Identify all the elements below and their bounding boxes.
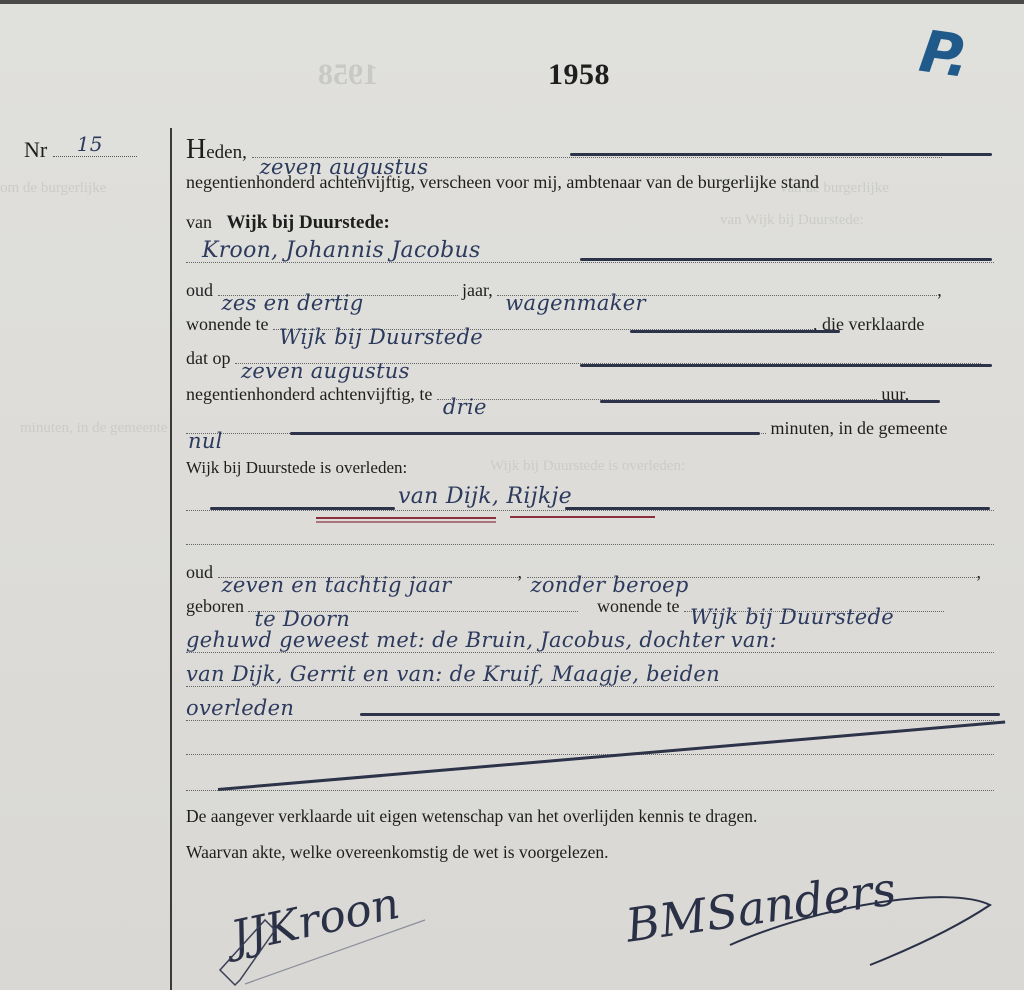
fill-line [630, 330, 840, 333]
document-year: 1958 [548, 58, 610, 92]
red-underline-surname [316, 517, 496, 519]
municipality-name: Wijk bij Duurstede: [227, 212, 390, 233]
blank-field [186, 524, 994, 545]
death-minutes: nul [188, 429, 223, 453]
red-underline-firstname [510, 516, 655, 518]
nr-field: 15 [53, 138, 137, 157]
fill-line [565, 507, 990, 510]
wonende-label-2: wonende te [597, 596, 679, 616]
deceased-occupation-field: zonder beroep [527, 577, 977, 578]
death-date: zeven augustus [241, 359, 410, 383]
declarant-occupation: wagenmaker [505, 291, 646, 315]
dat-op-label: dat op [186, 348, 231, 368]
remarks-2: van Dijk, Gerrit en van: de Kruif, Maagj… [186, 662, 720, 686]
birthplace-field: te Doorn [248, 611, 578, 612]
line-2: negentienhonderd achtenvijftig, verschee… [186, 172, 998, 202]
blank-field-2 [186, 732, 994, 755]
geboren-label: geboren [186, 596, 244, 616]
deceased-comma: , [518, 562, 523, 582]
record-number: Nr 15 [24, 137, 137, 163]
line-remarks-2: van Dijk, Gerrit en van: de Kruif, Maagj… [186, 664, 998, 694]
remarks-field-3: overleden [186, 698, 994, 721]
declarant-residence: Wijk bij Duurstede [279, 325, 483, 349]
oud-label: oud [186, 280, 213, 300]
declarant-age: zes en dertig [222, 291, 364, 315]
scan-top-edge [0, 0, 1024, 4]
line-declarant-age: oud zes en dertig jaar, wagenmaker , [186, 280, 998, 310]
line-death-hour: negentienhonderd achtenvijftig, te drie … [186, 384, 998, 414]
line-declarant-name: Kroon, Johannis Jacobus [186, 240, 998, 270]
line-declarant-residence: wonende te Wijk bij Duurstede , die verk… [186, 314, 998, 344]
column-divider [170, 128, 172, 990]
line-overleden: Wijk bij Duurstede is overleden: [186, 458, 998, 488]
declarant-signature-flourish [205, 900, 435, 990]
line-remarks-1: gehuwd geweest met: de Bruin, Jacobus, d… [186, 630, 998, 660]
line-heden: Heden, zeven augustus [186, 134, 998, 164]
bleed-through-text: minuten, in de gemeente [20, 420, 167, 437]
wonende-label: wonende te [186, 314, 268, 334]
fill-line [600, 400, 940, 403]
line-birthplace: geboren te Doorn wonende te Wijk bij Duu… [186, 596, 998, 626]
line-blank [186, 524, 998, 554]
death-hour: drie [443, 395, 487, 419]
closing-statement-1: De aangever verklaarde uit eigen wetensc… [186, 806, 998, 836]
bleed-through-year: 1958 [318, 58, 378, 92]
remarks-3: overleden [186, 696, 294, 720]
comma: , [977, 562, 982, 582]
official-signature-flourish [620, 865, 1000, 975]
line-deceased-age: oud zeven en tachtig jaar , zonder beroe… [186, 562, 998, 592]
fill-line [290, 432, 760, 435]
nr-label: Nr [24, 137, 47, 162]
fill-line [570, 153, 992, 156]
heden-initial: H [186, 134, 206, 165]
deceased-age-field: zeven en tachtig jaar [218, 577, 518, 578]
fill-line [210, 507, 395, 510]
jaar-label: jaar, [462, 280, 493, 300]
occupation-field: wagenmaker [497, 295, 937, 296]
remarks-field-1: gehuwd geweest met: de Bruin, Jacobus, d… [186, 630, 994, 653]
comma: , [937, 280, 942, 300]
nr-value: 15 [77, 132, 103, 156]
blue-crayon-mark: P. [916, 17, 975, 91]
deceased-age: zeven en tachtig jaar [222, 573, 452, 597]
declarant-name: Kroon, Johannis Jacobus [202, 238, 481, 263]
remarks-field-2: van Dijk, Gerrit en van: de Kruif, Maagj… [186, 664, 994, 687]
fill-line [360, 713, 1000, 716]
bleed-through-text: om de burgerlijke [0, 180, 106, 197]
year-te-label: negentienhonderd achtenvijftig, te [186, 384, 432, 404]
deceased-name: van Dijk, Rijkje [398, 484, 572, 509]
line-death-date: dat op zeven augustus [186, 348, 998, 378]
red-underline-surname-2 [316, 521, 496, 523]
remarks-1: gehuwd geweest met: de Bruin, Jacobus, d… [186, 628, 777, 652]
civil-registry-death-record: 1958 om de burgerlijke van de burgerlijk… [0, 0, 1024, 990]
deceased-occupation: zonder beroep [531, 573, 689, 597]
deceased-residence-field: Wijk bij Duurstede [684, 611, 944, 612]
minuten-label: minuten, in de gemeente [771, 418, 948, 438]
oud-label-2: oud [186, 562, 213, 582]
fill-line [580, 364, 992, 367]
van-label: van [186, 212, 212, 232]
deceased-residence: Wijk bij Duurstede [690, 605, 894, 629]
date-field: zeven augustus [252, 157, 942, 158]
heden-label: eden, [206, 142, 247, 163]
fill-line [580, 258, 992, 261]
age-field: zes en dertig [218, 295, 458, 296]
